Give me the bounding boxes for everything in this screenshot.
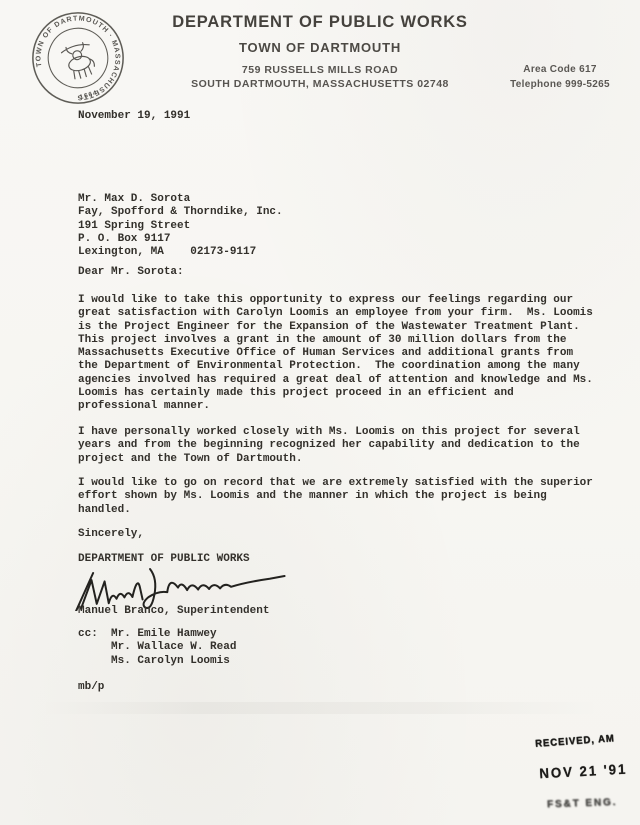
- telephone: Telephone 999-5265: [495, 77, 625, 92]
- recipient-address: Mr. Max D. Sorota Fay, Spofford & Thornd…: [78, 193, 283, 259]
- letter-page: TOWN OF DARTMOUTH · MASSACHUSETTS 1664 D…: [0, 0, 640, 825]
- signer-name: Manuel Branco, Superintendent: [78, 605, 269, 618]
- letterhead-town: TOWN OF DARTMOUTH: [0, 40, 640, 55]
- body-paragraph-1: I would like to take this opportunity to…: [78, 294, 623, 414]
- letterhead-contact: Area Code 617 Telephone 999-5265: [495, 62, 625, 92]
- closing: Sincerely,: [78, 528, 144, 541]
- received-stamp-date: NOV 21 '91: [539, 761, 628, 782]
- body-paragraph-3: I would like to go on record that we are…: [78, 477, 623, 517]
- body-paragraph-2: I have personally worked closely with Ms…: [78, 426, 623, 466]
- letter-date: November 19, 1991: [78, 110, 190, 123]
- cc-list: cc: Mr. Emile Hamwey Mr. Wallace W. Read…: [78, 628, 236, 668]
- salutation: Dear Mr. Sorota:: [78, 266, 184, 279]
- letterhead-department: DEPARTMENT OF PUBLIC WORKS: [0, 13, 640, 32]
- area-code: Area Code 617: [495, 62, 625, 77]
- received-stamp-org: FS&T ENG.: [547, 796, 618, 810]
- scan-artifact: [40, 702, 600, 714]
- received-stamp-line1: RECEIVED, AM: [535, 733, 615, 750]
- typist-initials: mb/p: [78, 681, 104, 694]
- signature-handwriting: [72, 563, 307, 611]
